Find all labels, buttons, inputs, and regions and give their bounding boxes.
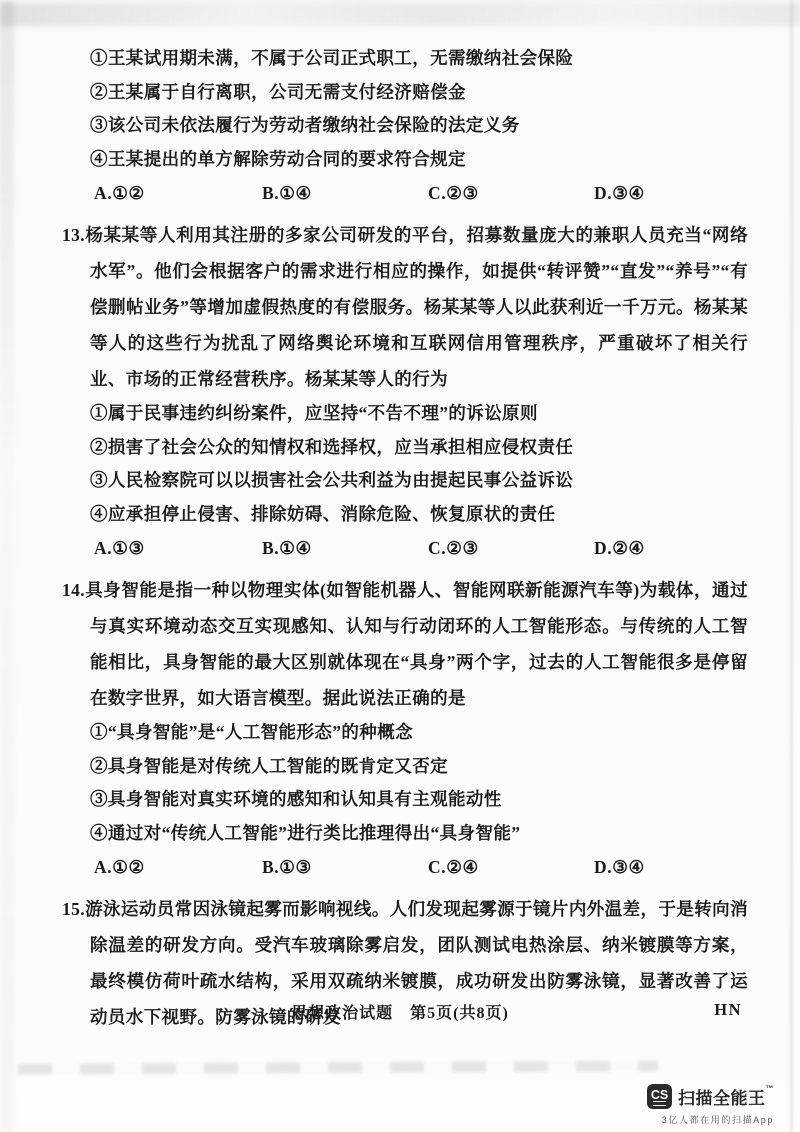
option-item: ④应承担停止侵害、排除妨碍、消除危险、恢复原状的责任 <box>90 498 748 532</box>
scanned-exam-page: ①王某试用期未满，不属于公司正式职工，无需缴纳社会保险 ②王某属于自行离职，公司… <box>0 0 800 1132</box>
question-12-options: ①王某试用期未满，不属于公司正式职工，无需缴纳社会保险 ②王某属于自行离职，公司… <box>90 42 748 176</box>
footer-page-label: 思想政治试题 第5页(共8页) <box>0 1000 800 1023</box>
choice-item: B.①③ <box>262 850 428 884</box>
question-stem-text: 具身智能是指一种以物理实体(如智能机器人、智能网联新能源汽车等)为载体，通过与真… <box>85 580 748 708</box>
scan-artifact-left-edge <box>0 0 14 1132</box>
camscanner-brand-text: 扫描全能王™ <box>678 1084 774 1109</box>
question-13-choices: A.①③ B.①④ C.②③ D.②④ <box>94 531 748 565</box>
footer-region-code: HN <box>714 1000 742 1020</box>
question-number: 15. <box>62 899 85 919</box>
camscanner-tagline: 3亿人都在用的扫描App <box>624 1113 774 1126</box>
question-12-choices: A.①② B.①④ C.②③ D.③④ <box>94 176 748 210</box>
question-13: 13.杨某某等人利用其注册的多家公司研发的平台，招募数量庞大的兼职人员充当“网络… <box>62 217 748 565</box>
question-13-options: ①属于民事违约纠纷案件，应坚持“不告不理”的诉讼原则 ②损害了社会公众的知情权和… <box>90 397 748 531</box>
scan-artifact-right-edge <box>790 0 793 1132</box>
scan-artifact-middle <box>18 1060 658 1074</box>
question-14: 14.具身智能是指一种以物理实体(如智能机器人、智能网联新能源汽车等)为载体，通… <box>62 572 748 884</box>
option-item: ④王某提出的单方解除劳动合同的要求符合规定 <box>90 143 748 177</box>
option-item: ③具身智能对真实环境的感知和认知具有主观能动性 <box>90 783 748 817</box>
option-item: ③该公司未依法履行为劳动者缴纳社会保险的法定义务 <box>90 109 748 143</box>
choice-item: C.②③ <box>428 176 594 210</box>
choice-item: A.①③ <box>94 531 262 565</box>
option-item: ①王某试用期未满，不属于公司正式职工，无需缴纳社会保险 <box>90 42 748 76</box>
scan-artifact-top <box>0 4 800 26</box>
question-number: 14. <box>62 580 85 600</box>
exam-content: ①王某试用期未满，不属于公司正式职工，无需缴纳社会保险 ②王某属于自行离职，公司… <box>62 42 748 1042</box>
question-number: 13. <box>62 225 85 245</box>
trademark-symbol: ™ <box>766 1084 775 1093</box>
option-item: ①属于民事违约纠纷案件，应坚持“不告不理”的诉讼原则 <box>90 397 748 431</box>
camscanner-logo-row: CS 扫描全能王™ <box>624 1084 774 1109</box>
choice-item: C.②④ <box>428 850 594 884</box>
option-item: ①“具身智能”是“人工智能形态”的种概念 <box>90 716 748 750</box>
choice-item: B.①④ <box>262 531 428 565</box>
choice-item: B.①④ <box>262 176 428 210</box>
choice-item: D.②④ <box>594 531 748 565</box>
choice-item: D.③④ <box>594 176 748 210</box>
choice-item: D.③④ <box>594 850 748 884</box>
option-item: ②具身智能是对传统人工智能的既肯定又否定 <box>90 750 748 784</box>
choice-item: A.①② <box>94 850 262 884</box>
option-item: ②王某属于自行离职，公司无需支付经济赔偿金 <box>90 76 748 110</box>
question-12-tail: ①王某试用期未满，不属于公司正式职工，无需缴纳社会保险 ②王某属于自行离职，公司… <box>62 42 748 210</box>
option-item: ③人民检察院可以以损害社会公共利益为由提起民事公益诉讼 <box>90 464 748 498</box>
question-14-choices: A.①② B.①③ C.②④ D.③④ <box>94 850 748 884</box>
camscanner-watermark: CS 扫描全能王™ 3亿人都在用的扫描App <box>624 1084 774 1126</box>
option-item: ②损害了社会公众的知情权和选择权，应当承担相应侵权责任 <box>90 431 748 465</box>
choice-item: C.②③ <box>428 531 594 565</box>
option-item: ④通过对“传统人工智能”进行类比推理得出“具身智能” <box>90 817 748 851</box>
question-stem: 13.杨某某等人利用其注册的多家公司研发的平台，招募数量庞大的兼职人员充当“网络… <box>62 217 748 397</box>
question-stem-text: 杨某某等人利用其注册的多家公司研发的平台，招募数量庞大的兼职人员充当“网络水军”… <box>85 225 748 389</box>
question-14-options: ①“具身智能”是“人工智能形态”的种概念 ②具身智能是对传统人工智能的既肯定又否… <box>90 716 748 850</box>
question-stem: 14.具身智能是指一种以物理实体(如智能机器人、智能网联新能源汽车等)为载体，通… <box>62 572 748 716</box>
camscanner-logo-icon: CS <box>647 1084 672 1109</box>
camscanner-brand-name: 扫描全能王 <box>678 1089 766 1108</box>
choice-item: A.①② <box>94 176 262 210</box>
